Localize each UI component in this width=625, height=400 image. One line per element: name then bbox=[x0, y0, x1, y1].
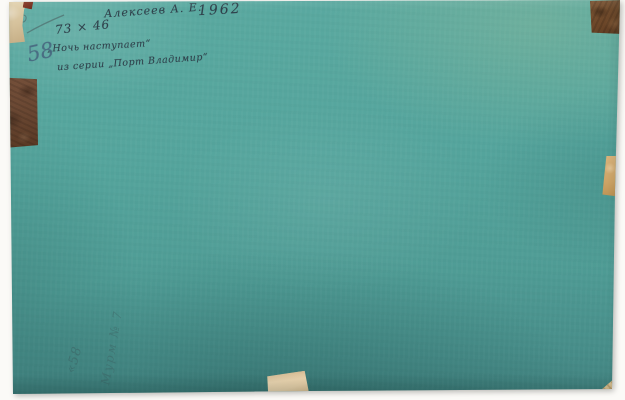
pencil-scribble-mark bbox=[12, 8, 68, 38]
dimensions-inscription: 73 × 46 bbox=[54, 17, 110, 37]
blue-pencil-number: 58 bbox=[25, 37, 56, 66]
tape-remnant-bottom-center bbox=[265, 371, 310, 400]
red-sealing-fragment bbox=[23, 0, 34, 9]
series-inscription: из серии „Порт Владимир“ bbox=[57, 52, 209, 74]
artist-signature: Алексеев А. Е. bbox=[104, 1, 203, 21]
faint-rotated-note: Мурм № 7 bbox=[98, 309, 125, 386]
tape-remnant-top-right bbox=[590, 0, 623, 34]
tape-remnant-left-edge bbox=[3, 77, 38, 148]
year-inscription: 1962 bbox=[198, 1, 242, 19]
photo-of-painting-back: Алексеев А. Е. 1962 73 × 46 „Ночь наступ… bbox=[0, 0, 625, 400]
cardboard-wrapper: Алексеев А. Е. 1962 73 × 46 „Ночь наступ… bbox=[0, 0, 625, 400]
title-inscription: „Ночь наступает“ bbox=[47, 38, 151, 54]
tape-remnant-bottom-right-corner bbox=[592, 371, 623, 399]
teal-cardboard: Алексеев А. Е. 1962 73 × 46 „Ночь наступ… bbox=[0, 0, 625, 400]
tape-remnant-right-edge bbox=[602, 156, 622, 197]
left-edge-inscription: Зак. выст. № 7 bbox=[1, 186, 10, 260]
faint-rotated-number: «58 bbox=[64, 344, 86, 375]
tape-remnant-top-left bbox=[0, 0, 28, 44]
